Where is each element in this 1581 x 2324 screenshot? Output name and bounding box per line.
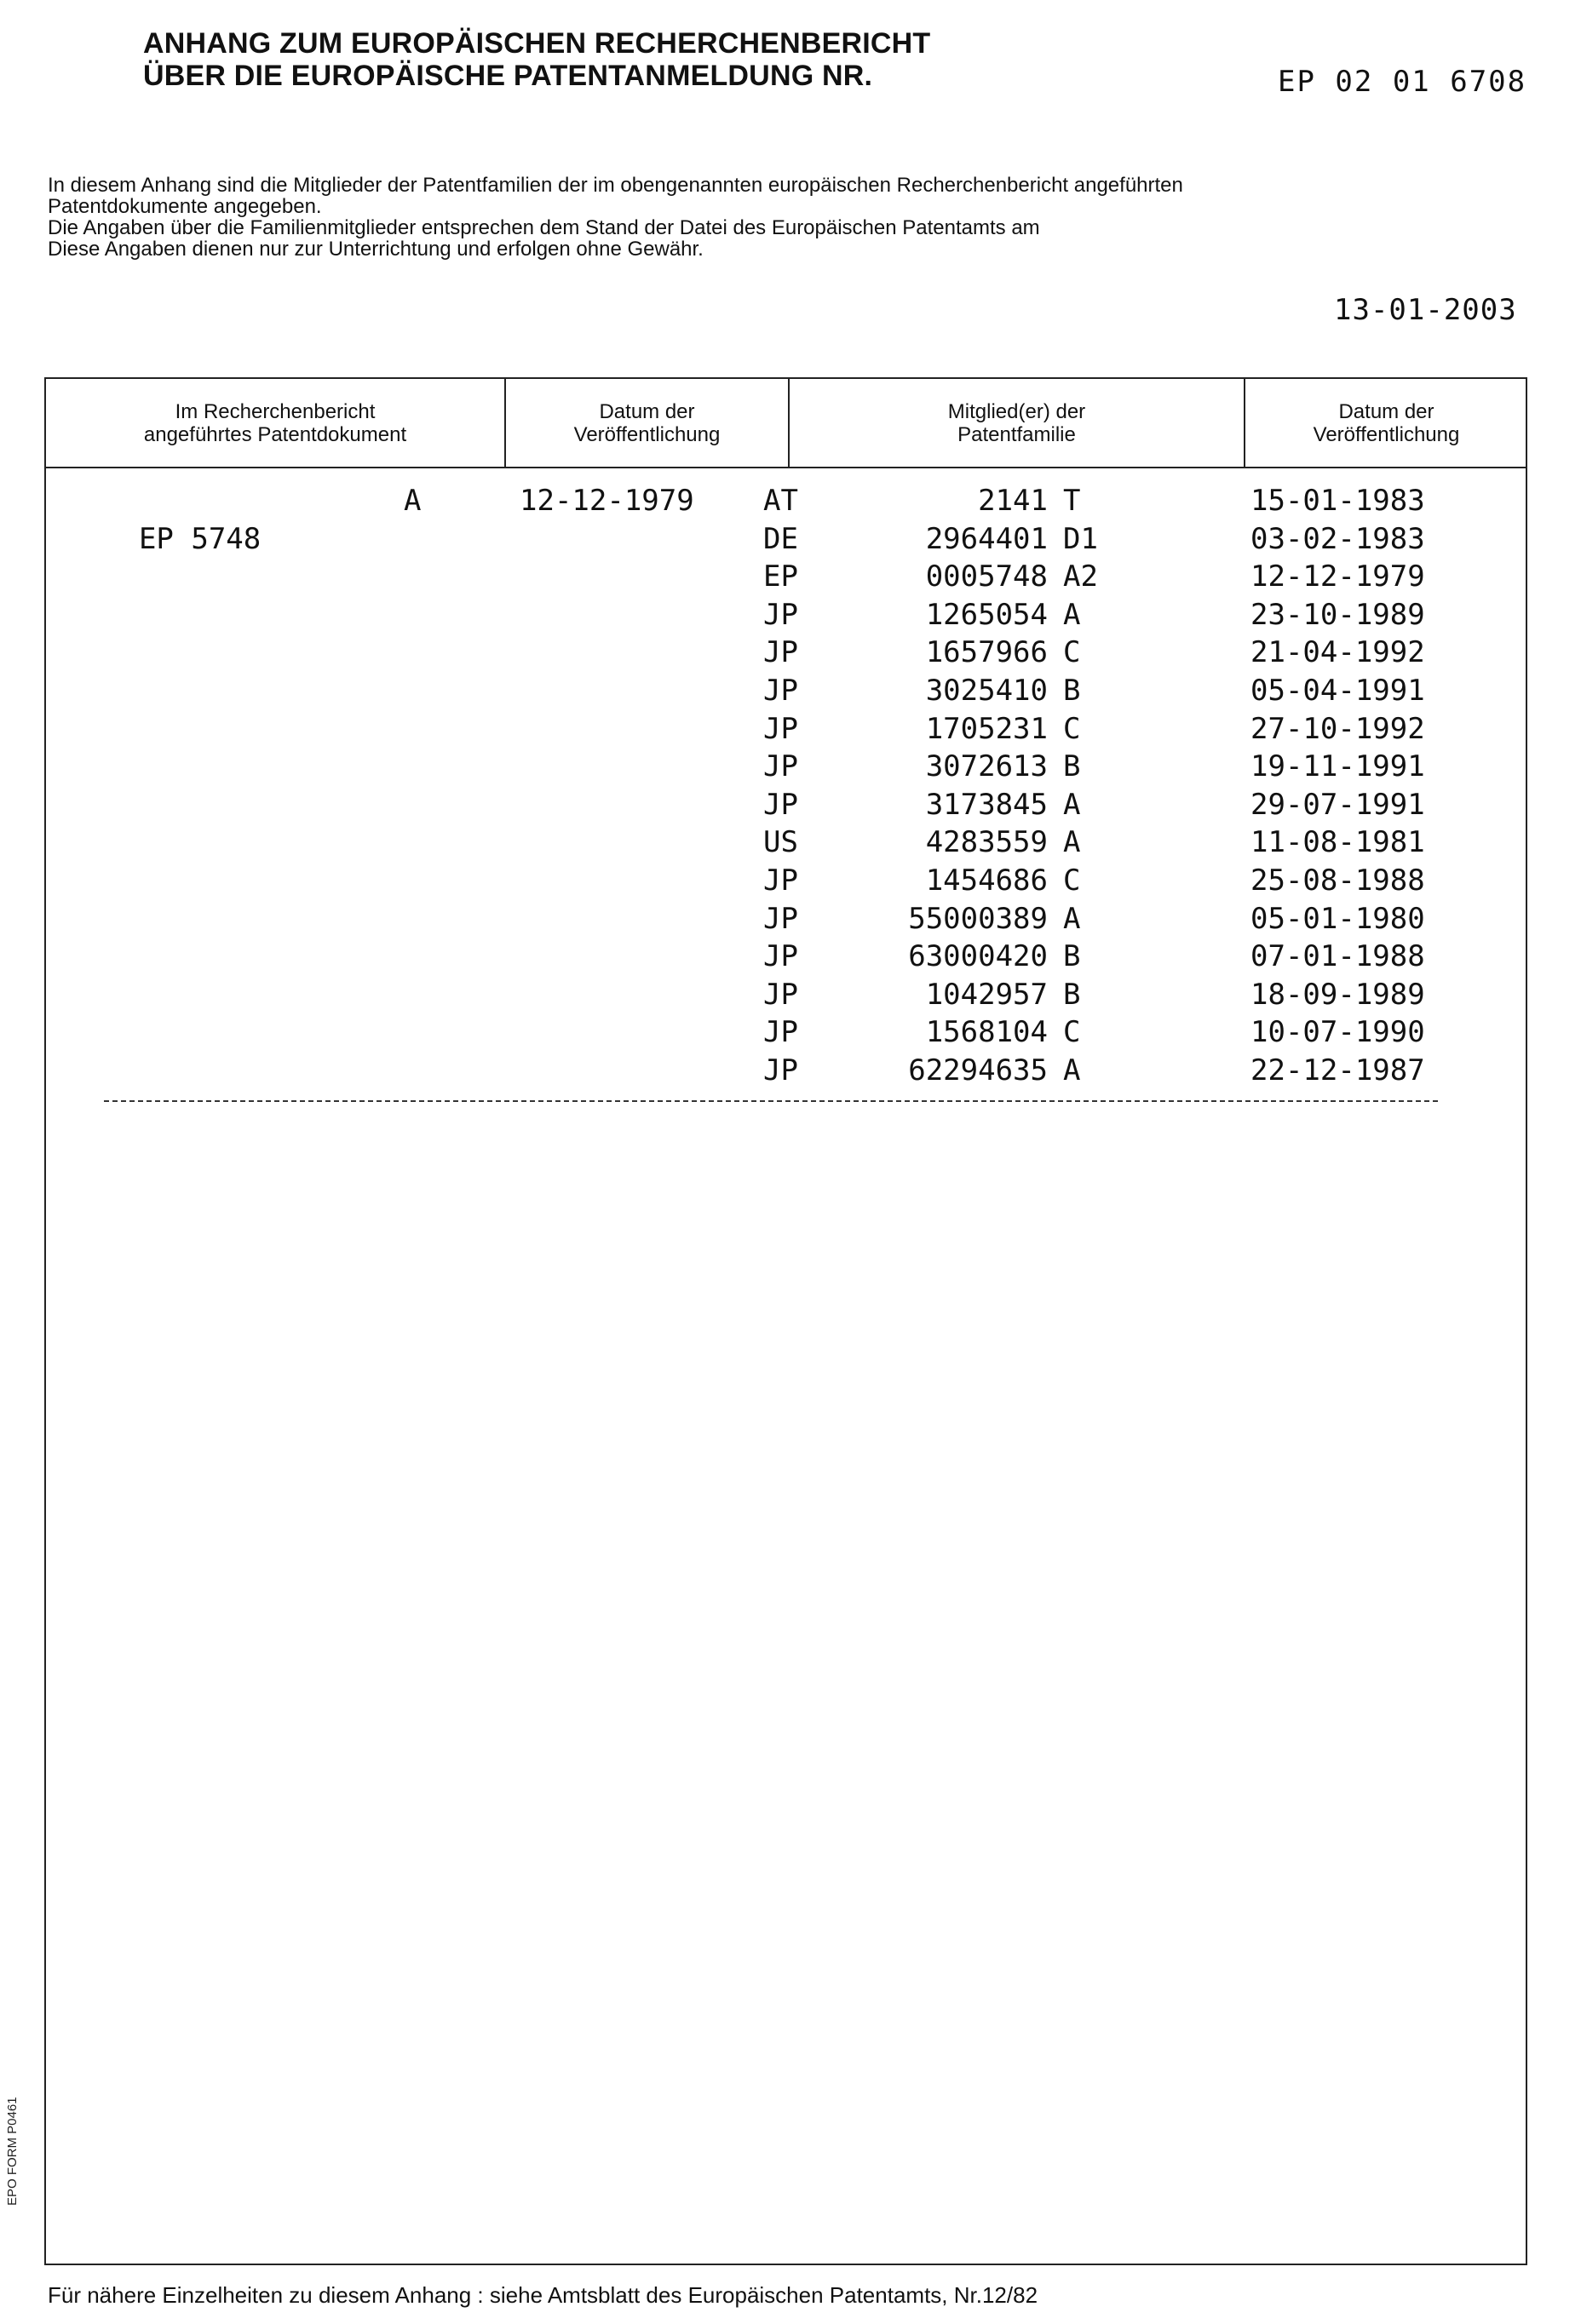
member-kind: A	[1063, 823, 1080, 862]
table-row: JP62294635A22-12-1987	[0, 1052, 1581, 1090]
member-kind: B	[1063, 672, 1080, 710]
intro-line: Diese Angaben dienen nur zur Unterrichtu…	[48, 238, 1547, 260]
member-country: JP	[763, 710, 798, 749]
member-country: JP	[763, 634, 798, 672]
member-country: DE	[763, 520, 798, 559]
member-kind: A	[1063, 786, 1080, 824]
member-kind: C	[1063, 862, 1080, 900]
member-country: JP	[763, 1052, 798, 1090]
member-date: 25-08-1988	[1250, 862, 1425, 900]
member-date: 19-11-1991	[1250, 748, 1425, 786]
member-number: 3173845	[818, 786, 1048, 824]
table-row: AT2141T15-01-1983	[0, 482, 1581, 520]
title-line-1: ANHANG ZUM EUROPÄISCHEN RECHERCHENBERICH…	[143, 27, 930, 60]
member-country: US	[763, 823, 798, 862]
table-row: US4283559A11-08-1981	[0, 823, 1581, 862]
application-number: EP 02 01 6708	[1278, 65, 1526, 99]
member-kind: C	[1063, 1013, 1080, 1052]
member-number: 62294635	[818, 1052, 1048, 1090]
member-date: 21-04-1992	[1250, 634, 1425, 672]
member-number: 1042957	[818, 976, 1048, 1014]
member-date: 18-09-1989	[1250, 976, 1425, 1014]
member-kind: D1	[1063, 520, 1098, 559]
table-row: JP1042957B18-09-1989	[0, 976, 1581, 1014]
member-kind: A	[1063, 900, 1080, 938]
table-row: JP3072613B19-11-1991	[0, 748, 1581, 786]
member-kind: T	[1063, 482, 1080, 520]
member-country: JP	[763, 862, 798, 900]
intro-line: Die Angaben über die Familienmitglieder …	[48, 217, 1547, 238]
intro-text: In diesem Anhang sind die Mitglieder der…	[48, 175, 1547, 260]
member-number: 2141	[818, 482, 1048, 520]
member-number: 1657966	[818, 634, 1048, 672]
member-country: JP	[763, 976, 798, 1014]
table-row: JP1454686C25-08-1988	[0, 862, 1581, 900]
table-row: EP0005748A212-12-1979	[0, 558, 1581, 596]
member-country: JP	[763, 672, 798, 710]
member-date: 03-02-1983	[1250, 520, 1425, 559]
member-number: 55000389	[818, 900, 1048, 938]
member-country: JP	[763, 786, 798, 824]
member-date: 29-07-1991	[1250, 786, 1425, 824]
table-row: JP1657966C21-04-1992	[0, 634, 1581, 672]
member-number: 1705231	[818, 710, 1048, 749]
table-row: DE2964401D103-02-1983	[0, 520, 1581, 559]
footer-note: Für nähere Einzelheiten zu diesem Anhang…	[48, 2282, 1038, 2309]
member-number: 1454686	[818, 862, 1048, 900]
intro-line: Patentdokumente angegeben.	[48, 196, 1547, 217]
member-date: 27-10-1992	[1250, 710, 1425, 749]
table-row: JP3025410B05-04-1991	[0, 672, 1581, 710]
member-country: JP	[763, 596, 798, 634]
member-number: 1265054	[818, 596, 1048, 634]
member-number: 3025410	[818, 672, 1048, 710]
member-number: 0005748	[818, 558, 1048, 596]
report-date: 13-01-2003	[1334, 293, 1517, 327]
member-country: JP	[763, 900, 798, 938]
table-row: JP63000420B07-01-1988	[0, 938, 1581, 976]
table-row: JP1705231C27-10-1992	[0, 710, 1581, 749]
member-date: 11-08-1981	[1250, 823, 1425, 862]
header-publication-date: Datum derVeröffentlichung	[504, 379, 788, 467]
member-date: 05-01-1980	[1250, 900, 1425, 938]
member-date: 23-10-1989	[1250, 596, 1425, 634]
member-kind: B	[1063, 976, 1080, 1014]
member-kind: B	[1063, 748, 1080, 786]
table-row: JP1265054A23-10-1989	[0, 596, 1581, 634]
table-row: JP55000389A05-01-1980	[0, 900, 1581, 938]
document-title: ANHANG ZUM EUROPÄISCHEN RECHERCHENBERICH…	[143, 27, 930, 92]
member-number: 2964401	[818, 520, 1048, 559]
member-kind: A	[1063, 596, 1080, 634]
member-kind: A	[1063, 1052, 1080, 1090]
header-member-publication-date: Datum derVeröffentlichung	[1244, 379, 1527, 467]
member-kind: A2	[1063, 558, 1098, 596]
table-header: Im Recherchenberichtangeführtes Patentdo…	[46, 379, 1526, 468]
member-number: 1568104	[818, 1013, 1048, 1052]
member-number: 4283559	[818, 823, 1048, 862]
member-number: 63000420	[818, 938, 1048, 976]
member-kind: C	[1063, 634, 1080, 672]
member-date: 12-12-1979	[1250, 558, 1425, 596]
member-country: JP	[763, 938, 798, 976]
end-of-list-divider	[104, 1100, 1438, 1102]
member-date: 07-01-1988	[1250, 938, 1425, 976]
member-date: 22-12-1987	[1250, 1052, 1425, 1090]
member-date: 05-04-1991	[1250, 672, 1425, 710]
member-country: JP	[763, 1013, 798, 1052]
member-date: 10-07-1990	[1250, 1013, 1425, 1052]
table-row: JP3173845A29-07-1991	[0, 786, 1581, 824]
member-date: 15-01-1983	[1250, 482, 1425, 520]
member-kind: C	[1063, 710, 1080, 749]
member-number: 3072613	[818, 748, 1048, 786]
member-country: EP	[763, 558, 798, 596]
table-row: JP1568104C10-07-1990	[0, 1013, 1581, 1052]
intro-line: In diesem Anhang sind die Mitglieder der…	[48, 175, 1547, 196]
member-kind: B	[1063, 938, 1080, 976]
member-country: JP	[763, 748, 798, 786]
header-family-members: Mitglied(er) derPatentfamilie	[788, 379, 1244, 467]
form-label: EPO FORM P0461	[5, 2097, 20, 2206]
member-country: AT	[763, 482, 798, 520]
header-cited-document: Im Recherchenberichtangeführtes Patentdo…	[46, 379, 504, 467]
title-line-2: ÜBER DIE EUROPÄISCHE PATENTANMELDUNG NR.	[143, 60, 930, 92]
